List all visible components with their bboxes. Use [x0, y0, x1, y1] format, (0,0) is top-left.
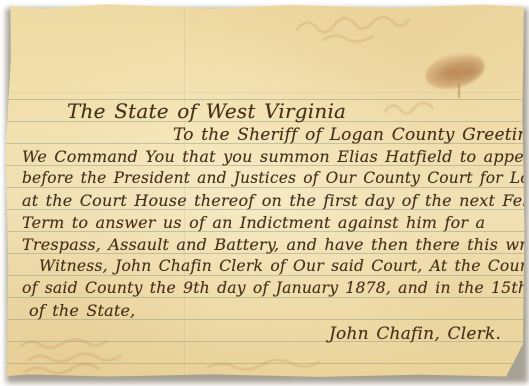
horizontal-fold-crease — [3, 92, 526, 95]
bleed-through-smudge — [381, 96, 441, 122]
document-line: Trespass, Assault and Battery, and have … — [22, 237, 529, 253]
clerk-signature: John Chafin, Clerk. — [329, 326, 501, 343]
document-line: Witness, John Chafin Clerk of Our said C… — [39, 259, 529, 275]
document-salutation: To the Sheriff of Logan County Greeting: — [173, 127, 529, 144]
scanned-document-stage: The State of West Virginia To the Sherif… — [0, 0, 529, 386]
document-line: of said County the 9th day of January 18… — [22, 281, 529, 297]
document-paper: The State of West Virginia To the Sherif… — [3, 2, 526, 378]
document-line: of the State, — [29, 303, 135, 319]
ink-stain-drip — [458, 84, 460, 98]
document-line: before the President and Justices of Our… — [22, 171, 529, 186]
vertical-fold-crease — [184, 2, 187, 378]
document-heading: The State of West Virginia — [67, 101, 346, 121]
document-line: Term to answer us of an Indictment again… — [22, 215, 485, 231]
document-line: We Command You that you summon Elias Hat… — [22, 149, 529, 165]
document-line: at the Court House thereof on the first … — [22, 193, 529, 209]
bleed-through-smudge — [15, 336, 155, 378]
bleed-through-smudge — [293, 8, 433, 46]
